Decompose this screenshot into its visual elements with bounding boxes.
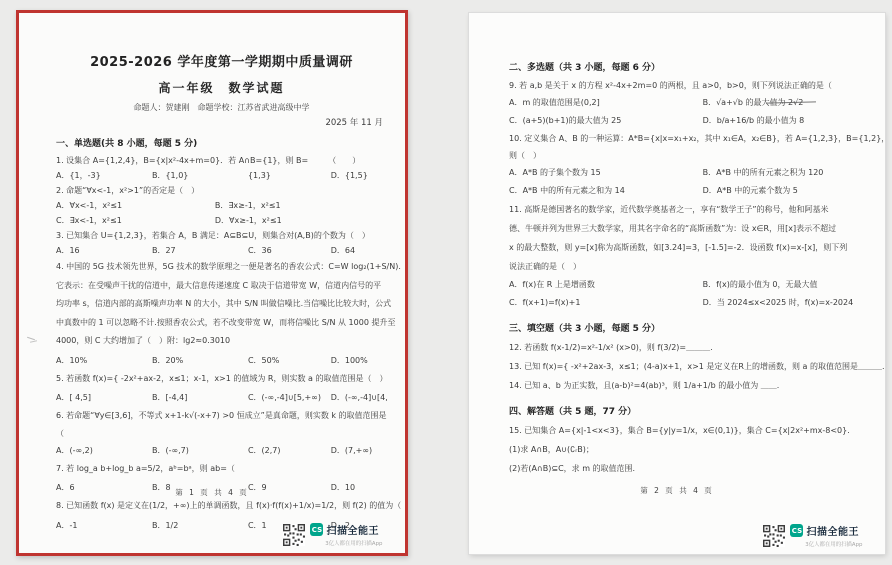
- option-row: C．A*B 中的所有元素之和为 14D．A*B 中的元素个数为 5: [509, 182, 861, 200]
- text-line: 高一年级 数学试题: [56, 75, 387, 101]
- option-cell: C．(2,7): [248, 441, 331, 460]
- option-row: C．∃x<-1，x²≤1D．∀x≥-1，x²≤1: [56, 213, 387, 228]
- option-cell: B．∃x≥-1，x²≤1: [215, 198, 387, 213]
- text-line: 2. 命题“∀x<-1，x²>1”的否定是（ ）: [56, 183, 387, 198]
- page-2-content: 二、多选题（共 3 小题，每题 6 分）9. 若 a,b 是关于 x 的方程 x…: [469, 13, 885, 478]
- text-line: 一、单选题(共 8 小题，每题 5 分): [56, 135, 387, 153]
- option-cell: A．∀x<-1，x²≤1: [56, 198, 215, 213]
- text-line: 2025-2026 学年度第一学期期中质量调研: [56, 51, 387, 75]
- option-cell: A．{1，-3}: [56, 168, 152, 183]
- option-row: A．f(x)在 R 上是增函数B．f(x)的最小值为 0，无最大值: [509, 276, 861, 294]
- pen-mark: [26, 336, 38, 348]
- option-cell: D．(-∞,-4]∪[4,+∞): [331, 388, 387, 407]
- text-line: 1. 设集合 A={1,2,4}，B={x|x²-4x+m=0}．若 A∩B={…: [56, 153, 387, 168]
- scanned-page-2[interactable]: 二、多选题（共 3 小题，每题 6 分）9. 若 a,b 是关于 x 的方程 x…: [469, 13, 885, 554]
- option-row: A．[ 4,5]B．[-4,4]C．(-∞,-4]∪[5,+∞)D．(-∞,-4…: [56, 388, 387, 407]
- text-line: 二、多选题（共 3 小题，每题 6 分）: [509, 60, 861, 77]
- option-cell: {1,3}: [248, 168, 331, 183]
- text-line: 2025 年 11 月: [56, 115, 387, 132]
- option-row: C．(a+5)(b+1)的最大值为 25D．b/a+16/b 的最小值为 8: [509, 112, 861, 130]
- text-line: 说法正确的是（ ）: [509, 257, 861, 276]
- option-row: A．∀x<-1，x²≤1B．∃x≥-1，x²≤1: [56, 198, 387, 213]
- text-line: 中真数中的 1 可以忽略不计.按照香农公式，若不改变带宽 W，而将信噪比 S/N…: [56, 314, 387, 333]
- text-line: 4. 中国的 5G 技术领先世界，5G 技术的数学原理之一便是著名的香农公式：C…: [56, 258, 387, 277]
- camscanner-brand-label: 扫描全能王: [806, 523, 859, 538]
- option-cell: C．50%: [248, 351, 331, 370]
- option-cell: C．f(x+1)=f(x)+1: [509, 294, 703, 312]
- qr-code-icon: [283, 524, 305, 546]
- option-row: A．16B．27C．36D．64: [56, 243, 387, 258]
- text-line: 三、填空题（共 3 小题，每题 5 分）: [509, 321, 861, 338]
- option-cell: D．(7,+∞): [331, 441, 387, 460]
- option-cell: A．(-∞,2): [56, 441, 152, 460]
- scanned-page-1[interactable]: 2025-2026 学年度第一学期期中质量调研高一年级 数学试题命题人：贺建刚 …: [16, 10, 408, 556]
- text-line: 15. 已知集合 A={x|-1<x<3}，集合 B={y|y=1/x，x∈(0…: [509, 421, 861, 440]
- option-cell: D．b/a+16/b 的最小值为 8: [703, 112, 861, 130]
- text-line: 5. 若函数 f(x)={ -2x²+ax-2，x≤1；x-1，x>1 的值域为…: [56, 370, 387, 389]
- text-line: x 的最大整数，则 y=[x]称为高斯函数，如[3.24]=3，[-1.5]=-…: [509, 238, 861, 257]
- text-line: 则（ ）: [509, 147, 861, 164]
- camscanner-logo-icon: CS: [310, 523, 323, 536]
- text-line: 6. 若命题“∀y∈[3,6]，不等式 x+1-k√(-x+7) >0 恒成立”…: [56, 407, 387, 426]
- text-line: 13. 已知 f(x)={ -x²+2ax-3，x≤1；(4-a)x+1，x>1…: [509, 357, 861, 376]
- option-cell: D．∀x≥-1，x²≤1: [215, 213, 387, 228]
- text-line: 四、解答题（共 5 题，77 分）: [509, 404, 861, 421]
- option-row: A．m 的取值范围是(0,2]B．√a+√b 的最大值为 2√2: [509, 94, 861, 112]
- camscanner-tagline: 3亿人都在用的扫描App: [790, 539, 862, 547]
- option-cell: B．27: [152, 243, 248, 258]
- option-cell: A．[ 4,5]: [56, 388, 152, 407]
- option-cell: B．1/2: [152, 516, 248, 535]
- option-cell: B．[-4,4]: [152, 388, 248, 407]
- option-cell: D．100%: [331, 351, 387, 370]
- option-cell: D．64: [331, 243, 387, 258]
- option-cell: C．(-∞,-4]∪[5,+∞): [248, 388, 331, 407]
- text-line: 均功率 s，信道内部的高斯噪声功率 N 的大小，其中 S/N 叫做信噪比.当信噪…: [56, 295, 387, 314]
- text-line: 12. 若函数 f(x-1/2)=x²-1/x² (x>0)，则 f(3/2)=…: [509, 338, 861, 357]
- option-cell: A．16: [56, 243, 152, 258]
- scan-viewer-background: { "viewer": { "background": "#ebebea", "…: [0, 0, 892, 565]
- text-line: 14. 已知 a、b 为正实数，且(a-b)²=4(ab)³，则 1/a+1/b…: [509, 376, 861, 395]
- qr-code-icon: [763, 525, 785, 547]
- text-line: (1)求 A∩B，A∪(∁ᵣB)；: [509, 440, 861, 459]
- option-cell: B．{1,0}: [152, 168, 248, 183]
- option-cell: A．10%: [56, 351, 152, 370]
- text-line: 4000，则 C 大约增加了（ ）附：lg2≈0.3010: [56, 332, 387, 351]
- option-row: C．f(x+1)=f(x)+1D．当 2024≤x<2025 时，f(x)=x-…: [509, 294, 861, 312]
- camscanner-watermark: CS 扫描全能王 3亿人都在用的扫描App: [283, 522, 391, 547]
- option-cell: A．m 的取值范围是(0,2]: [509, 94, 703, 112]
- option-cell: A．A*B 的子集个数为 15: [509, 164, 703, 182]
- text-line: 它表示：在受噪声干扰的信道中，最大信息传递速度 C 取决于信道带宽 W，信道内信…: [56, 277, 387, 296]
- camscanner-tagline: 3亿人都在用的扫描App: [310, 538, 382, 546]
- text-line: 8. 已知函数 f(x) 是定义在(1/2，+∞)上的单调函数，且 f(x)·f…: [56, 497, 387, 516]
- option-row: A．A*B 的子集个数为 15B．A*B 中的所有元素之积为 120: [509, 164, 861, 182]
- text-line: 3. 已知集合 U={1,2,3}，若集合 A，B 满足：A⊆B⊆U，则集合对(…: [56, 228, 387, 243]
- option-cell: C．∃x<-1，x²≤1: [56, 213, 215, 228]
- text-line: 命题人：贺建刚 命题学校：江苏省武进高级中学: [56, 101, 387, 115]
- option-row: A．10%B．20%C．50%D．100%: [56, 351, 387, 370]
- option-cell: C．(a+5)(b+1)的最大值为 25: [509, 112, 703, 130]
- option-cell: C．A*B 中的所有元素之和为 14: [509, 182, 703, 200]
- camscanner-brand-label: 扫描全能王: [326, 522, 379, 537]
- option-row: A．(-∞,2)B．(-∞,7)C．(2,7)D．(7,+∞): [56, 441, 387, 460]
- option-cell: D．当 2024≤x<2025 时，f(x)=x-2024: [703, 294, 861, 312]
- text-line: 9. 若 a,b 是关于 x 的方程 x²-4x+2m=0 的两根，且 a>0，…: [509, 77, 861, 94]
- option-row: A．{1，-3}B．{1,0}{1,3}D．{1,5}: [56, 168, 387, 183]
- text-line: 德、牛顿并列为世界三大数学家，用其名字命名的“高斯函数”为：设 x∈R，用[x]…: [509, 219, 861, 238]
- option-cell: B．20%: [152, 351, 248, 370]
- camscanner-logo-icon: CS: [790, 524, 803, 537]
- option-cell: B．f(x)的最小值为 0，无最大值: [703, 276, 861, 294]
- text-line: （: [56, 426, 387, 441]
- option-cell: D．{1,5}: [331, 168, 387, 183]
- page-1-footer: 第 1 页 共 4 页: [19, 487, 405, 498]
- camscanner-watermark: CS 扫描全能王 3亿人都在用的扫描App: [763, 523, 871, 548]
- text-line: 10. 定义集合 A、B 的一种运算：A*B={x|x=x₁+x₂，其中 x₁∈…: [509, 130, 861, 147]
- page-1-content: 2025-2026 学年度第一学期期中质量调研高一年级 数学试题命题人：贺建刚 …: [19, 13, 405, 535]
- option-cell: B．(-∞,7): [152, 441, 248, 460]
- page-2-footer: 第 2 页 共 4 页: [469, 485, 885, 496]
- text-line: 7. 若 log_a b+log_b a=5/2，aᵇ=bᵃ，则 ab=（: [56, 460, 387, 479]
- text-line: (2)若(A∩B)⊆C，求 m 的取值范围.: [509, 459, 861, 478]
- option-cell: A．f(x)在 R 上是增函数: [509, 276, 703, 294]
- option-cell: C．36: [248, 243, 331, 258]
- option-cell: B．A*B 中的所有元素之积为 120: [703, 164, 861, 182]
- option-cell: A．-1: [56, 516, 152, 535]
- text-line: 11. 高斯是德国著名的数学家，近代数学奠基者之一，享有“数学王子”的称号，他和…: [509, 200, 861, 219]
- option-cell: D．A*B 中的元素个数为 5: [703, 182, 861, 200]
